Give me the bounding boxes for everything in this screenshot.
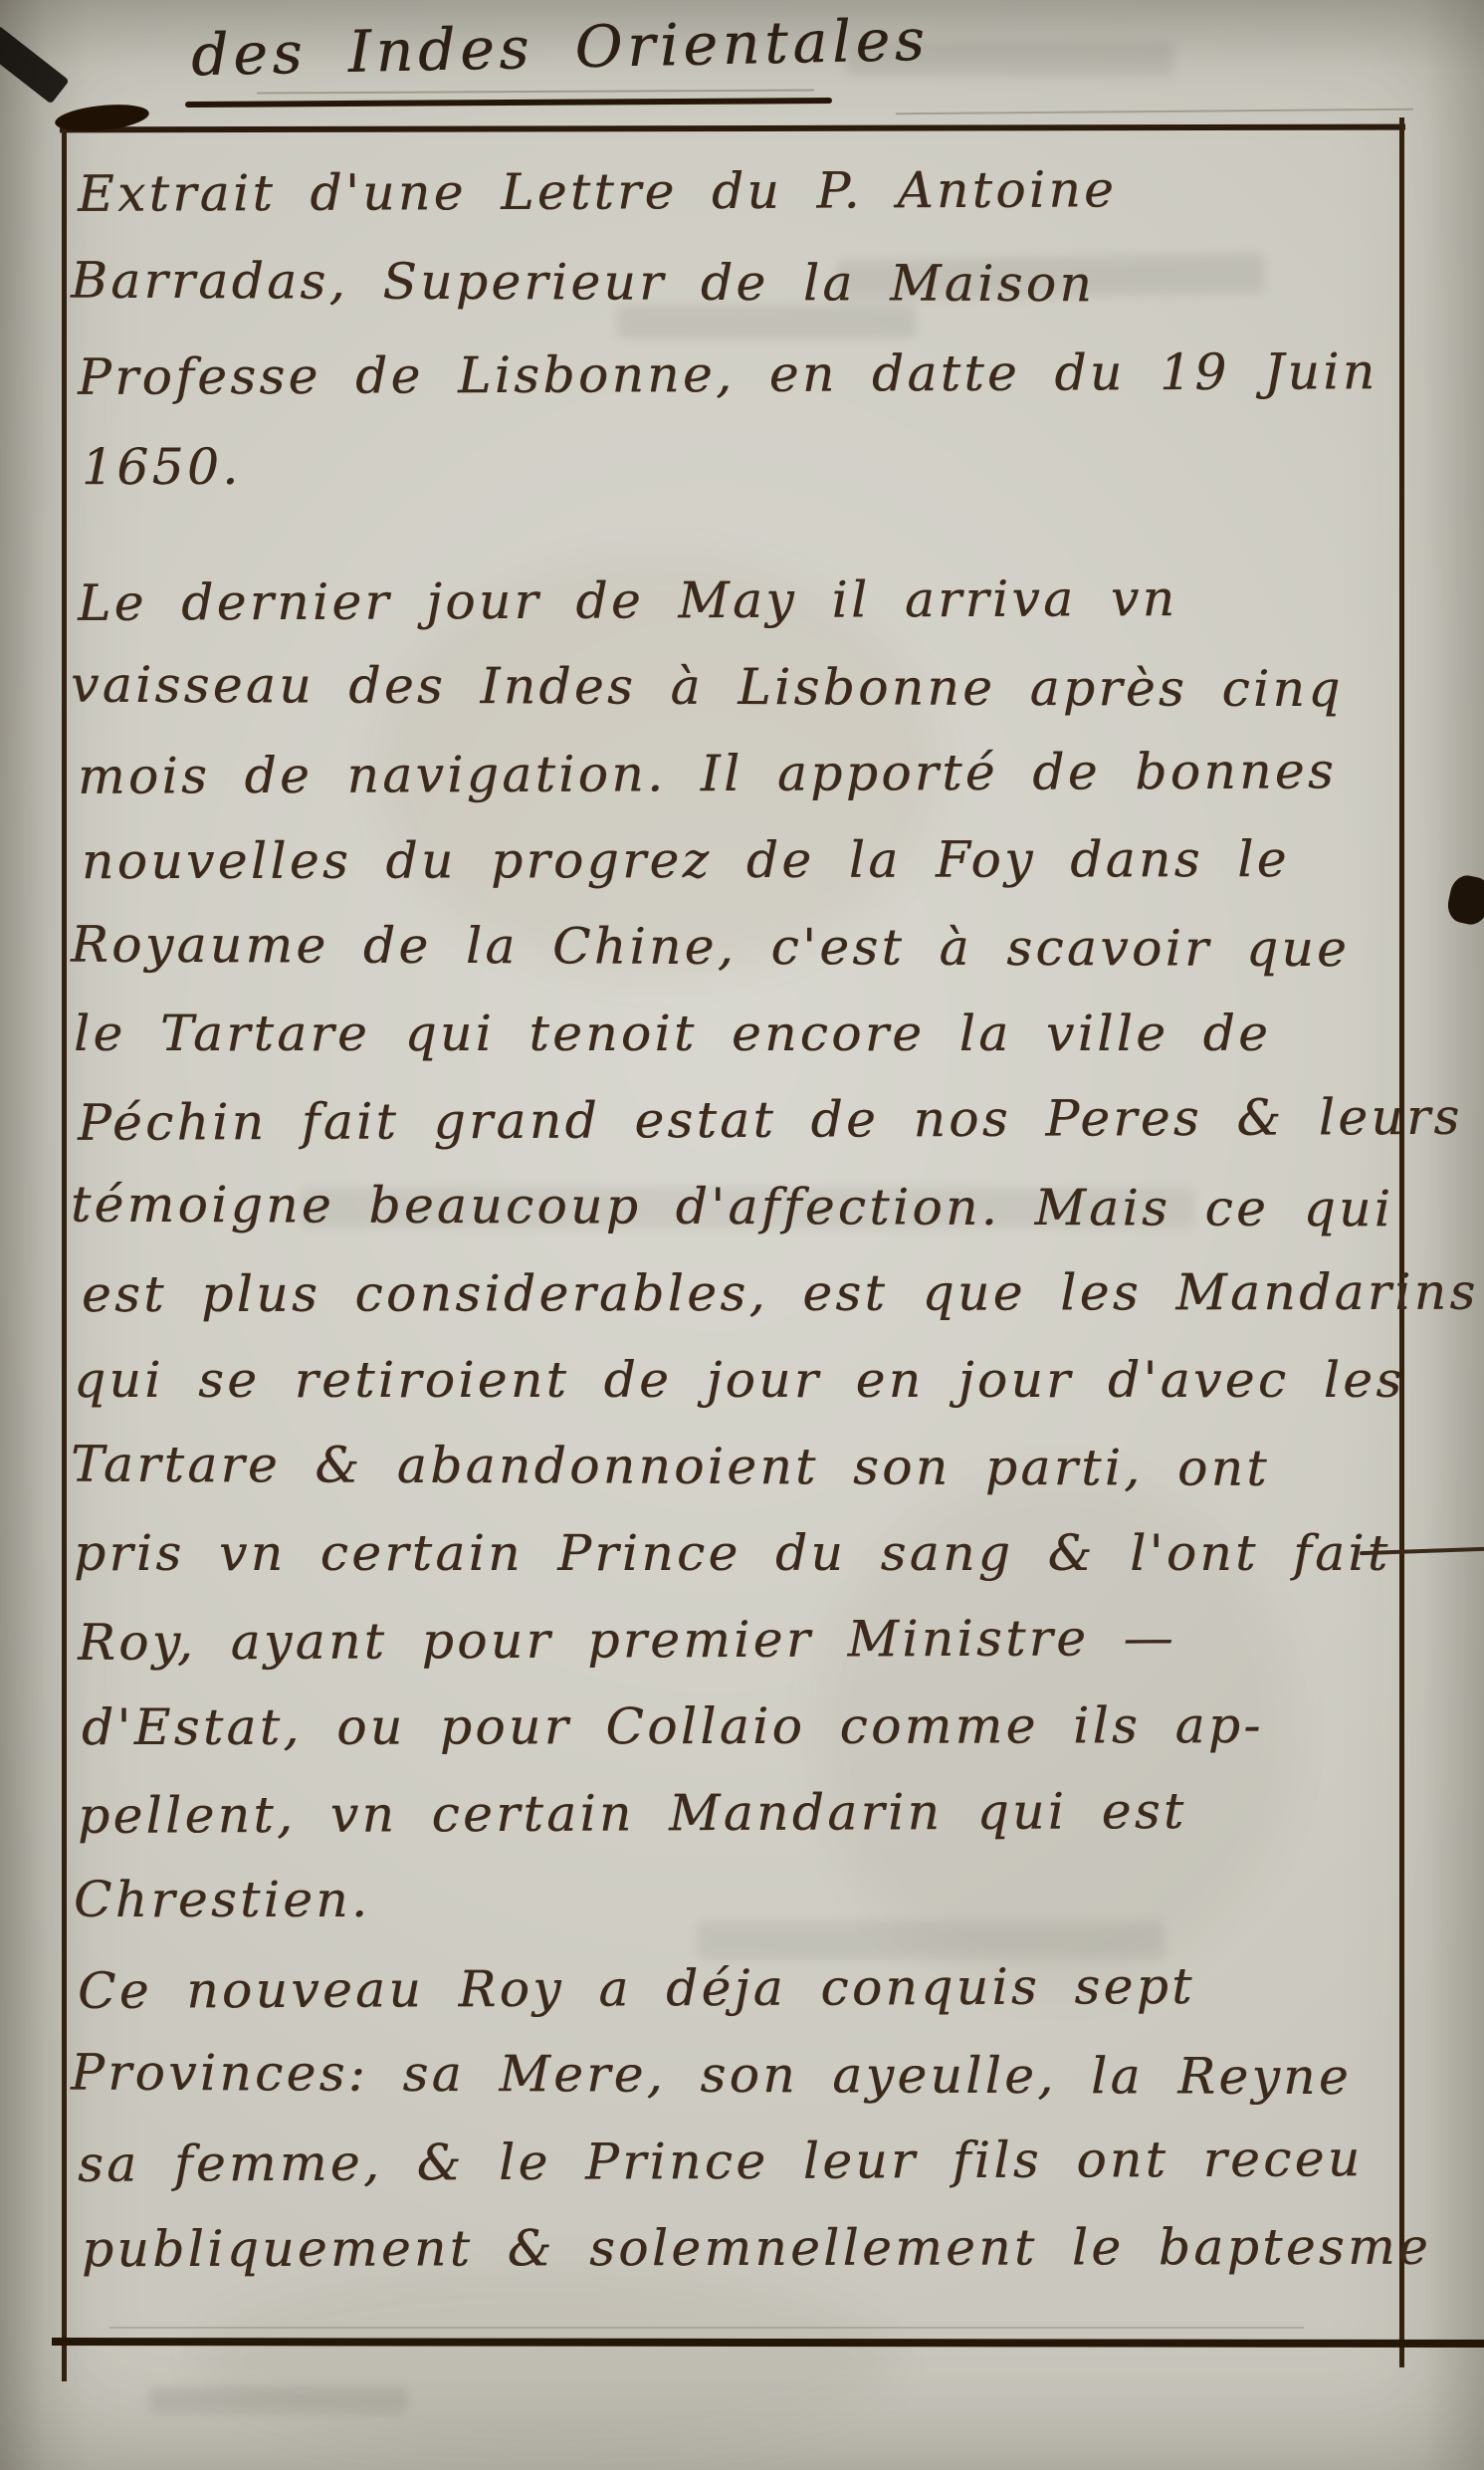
frame-bottom-line: [52, 2338, 1484, 2348]
manuscript-line: sa femme, & le Prince leur fils ont rece…: [78, 2116, 1397, 2208]
manuscript-page: des Indes Orientales Extrait d'une Lettr…: [0, 0, 1484, 2470]
manuscript-line: le Tartare qui tenoit encore la ville de: [74, 991, 1393, 1077]
manuscript-line: mois de navigation. Il apporté de bonnes: [78, 728, 1397, 820]
running-head-underline-hair: [257, 90, 814, 95]
letter-heading-paragraph: Extrait d'une Lettre du P. AntoineBarrad…: [74, 145, 1393, 512]
manuscript-line: Le dernier jour de May il arriva vn: [78, 555, 1397, 647]
manuscript-line: Royaume de la Chine, c'est à scavoir que: [71, 902, 1390, 994]
manuscript-line: Professe de Lisbonne, en datte du 19 Jui…: [78, 326, 1397, 423]
manuscript-line: Chrestien.: [74, 1857, 1393, 1943]
manuscript-line: témoigne beaucoup d'affection. Mais ce q…: [71, 1162, 1390, 1253]
page-edge-mark: [0, 25, 70, 104]
manuscript-line: vaisseau des Indes à Lisbonne après cinq: [71, 642, 1390, 734]
manuscript-line: 1650.: [82, 419, 1401, 513]
letter-body-paragraph-1: Le dernier jour de May il arriva vnvaiss…: [74, 558, 1393, 1943]
paper-stain: [199, 2270, 896, 2449]
manuscript-line: Ce nouveau Roy a déja conquis sept: [78, 1942, 1397, 2035]
frame-pencil-guide-bottom: [109, 2327, 1304, 2329]
manuscript-line: Extrait d'une Lettre du P. Antoine: [78, 142, 1397, 240]
manuscript-line: Péchin fait grand estat de nos Peres & l…: [78, 1074, 1397, 1167]
frame-left-line: [62, 125, 67, 2381]
manuscript-line: publiquement & solemnellement le baptesm…: [82, 2204, 1401, 2293]
manuscript-line: nouvelles du progrez de la Foy dans le: [82, 816, 1401, 905]
manuscript-line: est plus considerables, est que les Mand…: [82, 1249, 1401, 1338]
manuscript-line: qui se retiroient de jour en jour d'avec…: [74, 1337, 1393, 1424]
manuscript-line: pellent, vn certain Mandarin qui est: [78, 1767, 1397, 1860]
frame-pencil-guide-top: [896, 109, 1413, 115]
letter-text-block: Extrait d'une Lettre du P. AntoineBarrad…: [74, 145, 1393, 2292]
letter-body-paragraph-2: Ce nouveau Roy a déja conquis septProvin…: [74, 1945, 1393, 2292]
page-edge-ink-mark: [1444, 872, 1484, 927]
manuscript-line: d'Estat, ou pour Collaio comme ils ap-: [82, 1683, 1401, 1771]
manuscript-line: Provinces: sa Mere, son ayeulle, la Reyn…: [71, 2030, 1390, 2122]
running-head: des Indes Orientales: [190, 7, 888, 90]
manuscript-line: Roy, ayant pour premier Ministre —: [78, 1594, 1397, 1686]
bleed-through-mark: [149, 2387, 408, 2413]
manuscript-line: pris vn certain Prince du sang & l'ont f…: [74, 1510, 1393, 1597]
manuscript-line: Tartare & abandonnoient son parti, ont: [71, 1422, 1390, 1513]
running-head-underline: [185, 98, 832, 108]
frame-top-line: [60, 124, 1405, 133]
manuscript-line: Barradas, Superieur de la Maison: [71, 235, 1390, 332]
